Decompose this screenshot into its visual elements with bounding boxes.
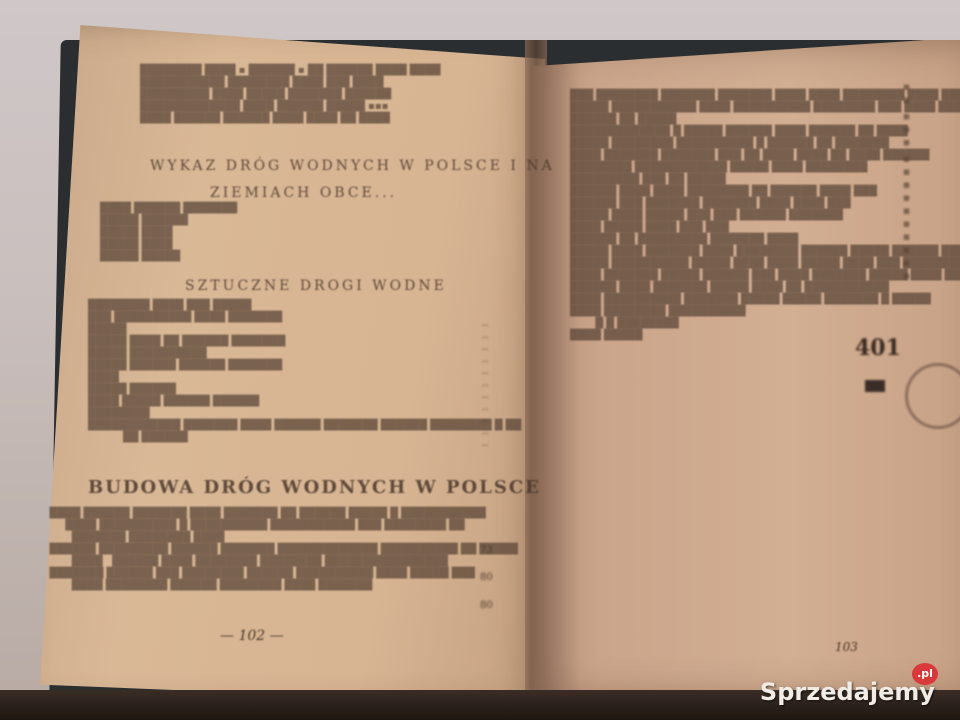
margin-mark: ▪▪▪▪▪▪▪▪: [900, 178, 913, 282]
toc-number-2: 80: [480, 572, 493, 584]
right-margin-marks: ▪▪ ▪▪▪ ▪▪ ▪▪▪▪▪▪▪▪: [900, 80, 940, 240]
left-list-1: ████ ██████ ███████ █████ ██████ █████ █…: [100, 203, 237, 263]
heading-ziemiach: ZIEMIACH OBCE...: [210, 185, 397, 201]
margin-mark: ▪▪ ▪▪▪ ▪▪: [900, 80, 913, 178]
toc-numbers-column: ......................: [482, 318, 488, 450]
library-stamp: 401: [855, 335, 955, 435]
left-text-block-bottom: ████ ██████ ███████ ████ ███████ ██ ████…: [40, 508, 518, 592]
heading-budowa: BUDOWA DRÓG WODNYCH W POLSCE: [88, 477, 541, 498]
watermark-text: Sprzedajemy: [760, 678, 935, 706]
left-text-block-top: ████████ ████ ▪ ██████ ▪ ██ ██████ ████ …: [140, 65, 440, 125]
heading-wykaz: WYKAZ DRÓG WODNYCH W POLSCE I NA: [150, 158, 555, 174]
stamp-mark: [865, 380, 885, 392]
left-page-number: — 102 —: [220, 628, 284, 644]
toc-number-1: 73: [480, 545, 493, 557]
watermark-badge: .pl: [912, 663, 938, 685]
right-page-number: 103: [835, 640, 858, 654]
left-list-2: ████████ ████ ███ █████ ███ ██████████ █…: [88, 300, 521, 444]
stamp-number: 401: [855, 335, 901, 361]
toc-number-3: 80: [480, 600, 493, 612]
stamp-circle: [905, 363, 960, 429]
heading-sztuczne: SZTUCZNE DROGI WODNE: [185, 278, 447, 294]
